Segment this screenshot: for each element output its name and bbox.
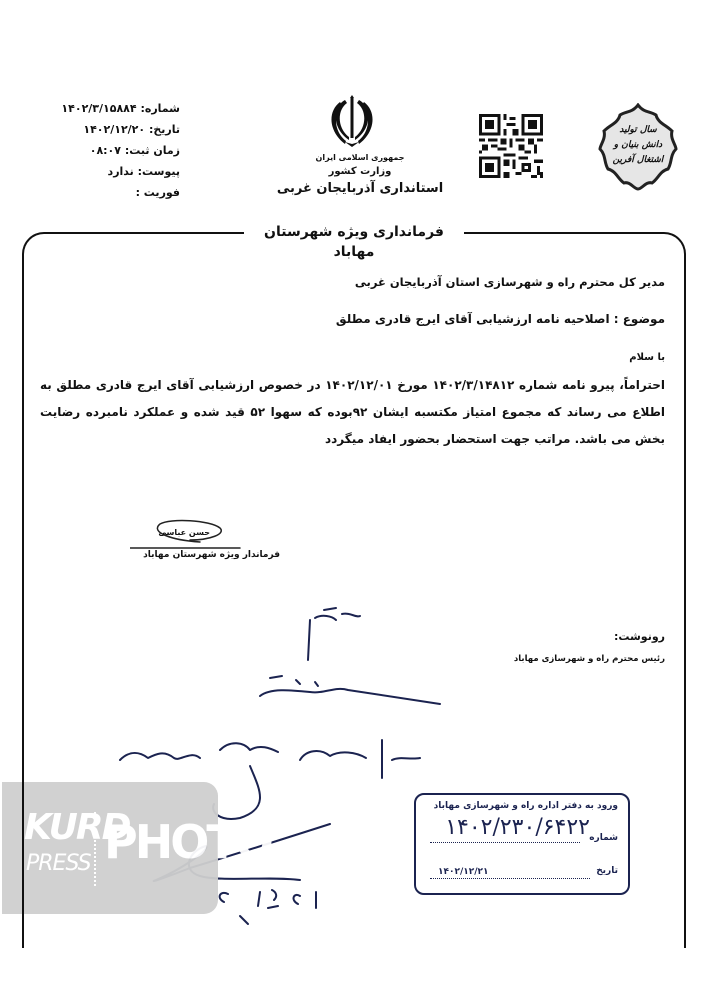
county-office-title: فرمانداری ویژه شهرستان مهاباد [244,222,464,262]
qr-code-icon [479,114,543,178]
province-office: استانداری آذربایجان غربی [250,179,470,198]
watermark-brand-bottom: PRESS [26,852,91,876]
stamp-date: ۱۴۰۲/۱۲/۲۱ [438,867,489,877]
cc-recipient: رئیس محترم راه و شهرسازی مهاباد [514,654,665,664]
frame-left-edge [22,782,24,948]
stamp-number-label: شماره [589,833,618,843]
stamp-title: ورود به دفتر اداره راه و شهرسازی مهاباد [434,801,618,811]
slogan-line-1: سال تولید [606,123,670,138]
cc-label: رونوشت: [614,630,665,643]
year-slogan-badge: سال تولید دانش بنیان و اشتغال آفرین [598,103,678,191]
urgency: فوریت : [40,182,180,203]
stamp-dotted-line [430,878,590,879]
subject-line: موضوع : اصلاحیه نامه ارزشیابی آقای ایرج … [336,312,665,326]
stamp-date-label: تاریخ [596,866,618,876]
letter-date: تاریخ: ۱۴۰۲/۱۲/۲۰ [40,119,180,140]
page-bottom-margin [0,948,707,1000]
watermark-separator [94,812,96,886]
stamp-dotted-line [430,842,580,843]
country-name: جمهوری اسلامی ایران [250,152,470,164]
record-time: زمان ثبت: ۰۸:۰۷ [40,140,180,161]
letter-number: شماره: ۱۴۰۲/۳/۱۵۸۸۴ [40,98,180,119]
kurdpress-watermark: KURD PRESS PHOTO [2,782,218,914]
iran-emblem-icon [325,92,379,148]
ministry-name: وزارت کشور [250,164,470,179]
signatory-title: فرماندار ویژه شهرستان مهاباد [143,550,280,560]
letter-body: احتراماً، پیرو نامه شماره ۱۴۰۲/۳/۱۴۸۱۲ م… [40,372,665,453]
slogan-line-3: اشتغال آفرین [606,153,670,168]
greeting: با سلام [629,352,665,363]
letter-meta: شماره: ۱۴۰۲/۳/۱۵۸۸۴ تاریخ: ۱۴۰۲/۱۲/۲۰ زم… [40,98,180,203]
slogan-line-2: دانش بنیان و [606,138,670,153]
stamp-number: ۱۴۰۲/۲۳۰/۶۴۲۲ [430,815,590,840]
addressee: مدیر کل محترم راه و شهرسازی استان آذربای… [355,275,665,289]
watermark-label: PHOTO [104,814,271,870]
letterhead: جمهوری اسلامی ایران وزارت کشور استانداری… [250,152,470,198]
attachment: پیوست: ندارد [40,161,180,182]
signatory-name: حسن عباسی [158,528,210,537]
registration-stamp: ورود به دفتر اداره راه و شهرسازی مهاباد … [414,793,630,895]
